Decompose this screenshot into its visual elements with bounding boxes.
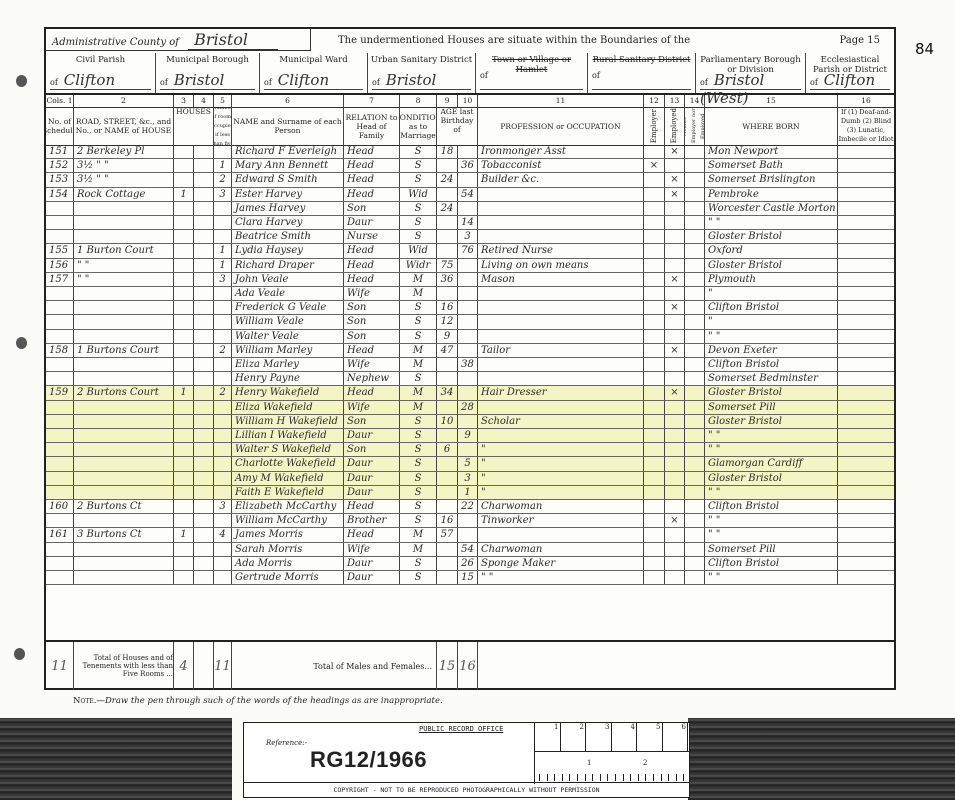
cell-neither xyxy=(685,386,705,399)
cell-occupation: Mason xyxy=(478,273,644,286)
cell-occupation: Hair Dresser xyxy=(478,386,644,399)
total-rooms-value: 11 xyxy=(214,659,231,674)
area-value-line: ofBristol xyxy=(372,71,471,90)
cell-employer xyxy=(644,202,665,215)
cell-employer xyxy=(644,386,665,399)
cell-employed xyxy=(665,244,685,257)
scale-tick: 2 xyxy=(561,723,587,751)
cell-inhabited xyxy=(174,457,194,470)
area-label: Urban Sanitary District xyxy=(368,53,475,65)
col-num: 2 xyxy=(74,95,174,107)
cell-employed xyxy=(665,259,685,272)
cell-schedule xyxy=(46,202,74,215)
scale-tick-mark xyxy=(569,774,570,781)
cell-employer xyxy=(644,315,665,328)
cell-neither xyxy=(685,429,705,442)
header-neither: Neither Employer nor Employed xyxy=(685,107,705,145)
cell-female-age: 22 xyxy=(458,500,478,513)
cell-female-age: 3 xyxy=(458,472,478,485)
cell-male-age xyxy=(437,287,458,300)
cell-name: Richard F Everleigh xyxy=(232,145,344,158)
cell-address: " " xyxy=(74,273,174,286)
scale-tick-mark xyxy=(585,774,586,781)
cell-employed: × xyxy=(665,386,685,399)
cell-female-age: 15 xyxy=(458,571,478,584)
cell-employer xyxy=(644,401,665,414)
cell-uninhabited xyxy=(194,514,214,527)
cell-employer xyxy=(644,415,665,428)
scale-tick-mark xyxy=(630,774,631,781)
cell-occupation: Tobacconist xyxy=(478,159,644,172)
cell-neither xyxy=(685,557,705,570)
cell-address xyxy=(74,330,174,343)
cell-relation: Daur xyxy=(344,472,400,485)
cell-infirmity xyxy=(838,173,894,186)
cell-uninhabited xyxy=(194,216,214,229)
cell-relation: Head xyxy=(344,188,400,201)
cell-name: Lillian I Wakefield xyxy=(232,429,344,442)
table-row: 1523½ " "1Mary Ann BennettHeadS36Tobacco… xyxy=(46,159,894,173)
area-prefix: of xyxy=(372,78,380,87)
cell-employer xyxy=(644,173,665,186)
cell-schedule: 153 xyxy=(46,173,74,186)
table-row: Clara HarveyDaurS14" " xyxy=(46,216,894,230)
cell-name: Eliza Marley xyxy=(232,358,344,371)
cell-schedule xyxy=(46,401,74,414)
cell-neither xyxy=(685,344,705,357)
col-num: 14 xyxy=(685,95,705,107)
table-row: 1512 Berkeley PlRichard F EverleighHeadS… xyxy=(46,145,894,159)
cell-female-age xyxy=(458,287,478,300)
cell-rooms: 1 xyxy=(214,159,232,172)
cell-schedule: 160 xyxy=(46,500,74,513)
cell-neither xyxy=(685,202,705,215)
cell-employer: × xyxy=(644,159,665,172)
cell-condition: S xyxy=(400,145,437,158)
col-num: 4 xyxy=(194,95,214,107)
area-value-line: ofClifton xyxy=(50,71,151,90)
cell-employed xyxy=(665,216,685,229)
cell-employer xyxy=(644,472,665,485)
cell-infirmity xyxy=(838,188,894,201)
scale-tick-mark xyxy=(554,774,555,781)
cell-male-age: 24 xyxy=(437,202,458,215)
cell-where-born: " " xyxy=(705,429,838,442)
cell-neither xyxy=(685,372,705,385)
total-males: 15 xyxy=(437,642,458,690)
cell-inhabited xyxy=(174,472,194,485)
header-relation: RELATION to Head of Family xyxy=(344,107,400,145)
area-value: Bristol xyxy=(386,71,437,89)
table-row: 157" "3John VealeHeadM36Mason×Plymouth xyxy=(46,273,894,287)
cell-employer xyxy=(644,514,665,527)
cell-address: 1 Burtons Court xyxy=(74,344,174,357)
cell-employer xyxy=(644,358,665,371)
cell-name: Lydia Haysey xyxy=(232,244,344,257)
cell-male-age: 34 xyxy=(437,386,458,399)
total-rooms: 11 xyxy=(214,642,232,690)
cell-uninhabited xyxy=(194,401,214,414)
cell-employer xyxy=(644,372,665,385)
table-row: Charlotte WakefieldDaurS5"Glamorgan Card… xyxy=(46,457,894,471)
cell-name: Henry Payne xyxy=(232,372,344,385)
cell-relation: Head xyxy=(344,173,400,186)
cell-neither xyxy=(685,543,705,556)
cell-relation: Head xyxy=(344,500,400,513)
cell-employed xyxy=(665,571,685,584)
scale-tick: 4 xyxy=(612,723,638,751)
cell-male-age: 24 xyxy=(437,173,458,186)
cell-where-born: Somerset Pill xyxy=(705,543,838,556)
cell-address xyxy=(74,415,174,428)
cell-infirmity xyxy=(838,244,894,257)
cell-male-age xyxy=(437,472,458,485)
cell-male-age xyxy=(437,358,458,371)
cell-employer xyxy=(644,216,665,229)
cell-infirmity xyxy=(838,259,894,272)
film-edge-right xyxy=(688,718,955,800)
cell-address xyxy=(74,401,174,414)
cell-employed xyxy=(665,443,685,456)
cell-infirmity xyxy=(838,330,894,343)
area-value-line: of xyxy=(592,71,691,90)
cell-where-born: Clifton Bristol xyxy=(705,358,838,371)
cell-neither xyxy=(685,514,705,527)
scale-tick-mark xyxy=(661,774,662,781)
cell-condition: M xyxy=(400,344,437,357)
cell-employed xyxy=(665,287,685,300)
cell-rooms xyxy=(214,287,232,300)
cell-female-age: 76 xyxy=(458,244,478,257)
cell-schedule xyxy=(46,472,74,485)
cell-rooms xyxy=(214,443,232,456)
cell-inhabited xyxy=(174,202,194,215)
cell-relation: Son xyxy=(344,415,400,428)
cell-relation: Brother xyxy=(344,514,400,527)
cell-name: Amy M Wakefield xyxy=(232,472,344,485)
cell-where-born: " " xyxy=(705,486,838,499)
cell-employed xyxy=(665,457,685,470)
stamp-copyright: COPYRIGHT - NOT TO BE REPRODUCED PHOTOGR… xyxy=(244,782,689,797)
film-edge-left xyxy=(0,718,232,800)
cell-occupation: " " xyxy=(478,571,644,584)
cell-name: Sarah Morris xyxy=(232,543,344,556)
census-sheet: Administrative County of Bristol The und… xyxy=(44,27,896,690)
cell-where-born: " " xyxy=(705,571,838,584)
area-rural-sanitary: Rural Sanitary District of xyxy=(588,53,696,93)
scale-tick-mark xyxy=(683,774,684,781)
cell-schedule xyxy=(46,372,74,385)
cell-rooms: 1 xyxy=(214,244,232,257)
cell-infirmity xyxy=(838,230,894,243)
cell-name: William McCarthy xyxy=(232,514,344,527)
cell-employer xyxy=(644,287,665,300)
total-inhabited: 4 xyxy=(174,642,194,690)
cell-occupation: " xyxy=(478,443,644,456)
cell-occupation xyxy=(478,216,644,229)
cell-schedule xyxy=(46,543,74,556)
cell-name: Henry Wakefield xyxy=(232,386,344,399)
cell-condition: S xyxy=(400,486,437,499)
cell-schedule xyxy=(46,415,74,428)
cell-schedule: 157 xyxy=(46,273,74,286)
total-persons-label: Total of Males and Females... xyxy=(232,642,437,690)
table-row: Beatrice SmithNurseS3Gloster Bristol xyxy=(46,230,894,244)
table-row: Amy M WakefieldDaurS3"Gloster Bristol xyxy=(46,472,894,486)
cell-name: James Harvey xyxy=(232,202,344,215)
cell-infirmity xyxy=(838,301,894,314)
cell-uninhabited xyxy=(194,415,214,428)
cell-female-age: 9 xyxy=(458,429,478,442)
cell-schedule xyxy=(46,230,74,243)
cell-uninhabited xyxy=(194,173,214,186)
cell-condition: S xyxy=(400,216,437,229)
area-value-line: ofClifton xyxy=(810,71,890,90)
cell-condition: Wid xyxy=(400,244,437,257)
header-age: AGE last Birthday of xyxy=(437,107,478,145)
scale-tick: 5 xyxy=(637,723,663,751)
cell-uninhabited xyxy=(194,259,214,272)
cell-employed xyxy=(665,557,685,570)
footnote-text: —Draw the pen through such of the words … xyxy=(96,696,442,706)
header-neither-text: Neither Employer nor Employed xyxy=(685,107,705,145)
area-municipal-ward: Municipal Ward ofClifton xyxy=(260,53,368,93)
cell-relation: Wife xyxy=(344,543,400,556)
cell-inhabited xyxy=(174,543,194,556)
cell-uninhabited xyxy=(194,230,214,243)
table-row: 156" "1Richard DraperHeadWidr75Living on… xyxy=(46,259,894,273)
cell-schedule: 154 xyxy=(46,188,74,201)
total-females-value: 16 xyxy=(459,659,476,674)
cell-condition: S xyxy=(400,202,437,215)
cell-rooms xyxy=(214,301,232,314)
cell-address: 3½ " " xyxy=(74,159,174,172)
cell-male-age xyxy=(437,230,458,243)
boundaries-text: The undermentioned Houses are situate wi… xyxy=(338,35,690,46)
cell-relation: Daur xyxy=(344,557,400,570)
cell-condition: S xyxy=(400,173,437,186)
cell-schedule: 152 xyxy=(46,159,74,172)
cell-male-age xyxy=(437,486,458,499)
cell-neither xyxy=(685,443,705,456)
cell-name: Walter Veale xyxy=(232,330,344,343)
cell-occupation: " xyxy=(478,486,644,499)
scale-tick-mark xyxy=(577,774,578,781)
cell-address: 2 Berkeley Pl xyxy=(74,145,174,158)
cell-infirmity xyxy=(838,273,894,286)
cell-schedule xyxy=(46,315,74,328)
cell-employed xyxy=(665,401,685,414)
area-prefix: of xyxy=(810,78,818,87)
cell-rooms xyxy=(214,429,232,442)
cell-male-age: 6 xyxy=(437,443,458,456)
cell-female-age: 3 xyxy=(458,230,478,243)
cell-employed: × xyxy=(665,273,685,286)
cell-schedule: 159 xyxy=(46,386,74,399)
cell-address xyxy=(74,457,174,470)
cell-schedule: 155 xyxy=(46,244,74,257)
column-headers: No. of Schedule ROAD, STREET, &c., and N… xyxy=(46,107,894,146)
cell-uninhabited xyxy=(194,500,214,513)
area-value-line: of xyxy=(480,71,583,90)
cell-address: 3 Burtons Ct xyxy=(74,528,174,541)
cell-inhabited xyxy=(174,330,194,343)
page-label: Page 15 xyxy=(840,35,880,46)
cell-condition: M xyxy=(400,401,437,414)
header-houses: HOUSES xyxy=(174,107,214,145)
cell-uninhabited xyxy=(194,202,214,215)
cell-name: Charlotte Wakefield xyxy=(232,457,344,470)
area-label: Civil Parish xyxy=(46,53,155,65)
cell-name: Clara Harvey xyxy=(232,216,344,229)
cell-infirmity xyxy=(838,202,894,215)
cell-where-born: Somerset Pill xyxy=(705,401,838,414)
cell-employer xyxy=(644,244,665,257)
cell-infirmity xyxy=(838,571,894,584)
cell-address xyxy=(74,287,174,300)
cell-uninhabited xyxy=(194,372,214,385)
cell-employed xyxy=(665,330,685,343)
cell-name: William H Wakefield xyxy=(232,415,344,428)
cell-employed xyxy=(665,528,685,541)
cell-rooms: 3 xyxy=(214,500,232,513)
cell-inhabited xyxy=(174,571,194,584)
cell-uninhabited xyxy=(194,472,214,485)
cell-schedule xyxy=(46,216,74,229)
cell-occupation xyxy=(478,287,644,300)
cell-occupation: Builder &c. xyxy=(478,173,644,186)
cell-neither xyxy=(685,259,705,272)
cell-neither xyxy=(685,173,705,186)
area-ecclesiastical: Ecclesiastical Parish or District ofClif… xyxy=(806,53,894,93)
cell-schedule xyxy=(46,358,74,371)
area-prefix: of xyxy=(160,78,168,87)
cell-condition: S xyxy=(400,514,437,527)
cell-rooms xyxy=(214,457,232,470)
cell-female-age xyxy=(458,344,478,357)
cell-uninhabited xyxy=(194,344,214,357)
cell-name: Elizabeth McCarthy xyxy=(232,500,344,513)
cell-where-born: " " xyxy=(705,443,838,456)
cell-rooms xyxy=(214,372,232,385)
binder-hole xyxy=(16,75,27,87)
cell-employed xyxy=(665,415,685,428)
cell-condition: Widr xyxy=(400,259,437,272)
cell-condition: Wid xyxy=(400,188,437,201)
cell-neither xyxy=(685,287,705,300)
cell-infirmity xyxy=(838,287,894,300)
area-label: Municipal Ward xyxy=(260,53,367,65)
cell-name: Edward S Smith xyxy=(232,173,344,186)
area-civil-parish: Civil Parish ofClifton xyxy=(46,53,156,93)
record-office-stamp: PUBLIC RECORD OFFICE Reference:- RG12/19… xyxy=(243,722,690,798)
table-row: Ada MorrisDaurS26Sponge MakerClifton Bri… xyxy=(46,557,894,571)
cell-name: Frederick G Veale xyxy=(232,301,344,314)
cell-male-age xyxy=(437,188,458,201)
cell-employer xyxy=(644,486,665,499)
table-row: Sarah MorrisWifeM54CharwomanSomerset Pil… xyxy=(46,543,894,557)
table-row: 154Rock Cottage13Ester HarveyHeadWid54×P… xyxy=(46,188,894,202)
cell-address xyxy=(74,301,174,314)
header-employed-text: Employed xyxy=(670,108,679,143)
cell-relation: Head xyxy=(344,259,400,272)
cell-uninhabited xyxy=(194,244,214,257)
cell-occupation: Charwoman xyxy=(478,543,644,556)
cell-schedule: 151 xyxy=(46,145,74,158)
cell-employed: × xyxy=(665,188,685,201)
cell-employer xyxy=(644,571,665,584)
cell-address: " " xyxy=(74,259,174,272)
cell-neither xyxy=(685,571,705,584)
cell-occupation xyxy=(478,358,644,371)
cell-inhabited xyxy=(174,145,194,158)
cell-employer xyxy=(644,443,665,456)
cell-inhabited xyxy=(174,273,194,286)
cell-condition: S xyxy=(400,571,437,584)
cell-occupation xyxy=(478,401,644,414)
cell-employed xyxy=(665,372,685,385)
cell-employed xyxy=(665,315,685,328)
cell-inhabited: 1 xyxy=(174,386,194,399)
cell-where-born: Gloster Bristol xyxy=(705,230,838,243)
cell-condition: S xyxy=(400,500,437,513)
header-where-born: WHERE BORN xyxy=(705,107,838,145)
cell-female-age xyxy=(458,301,478,314)
cell-schedule: 158 xyxy=(46,344,74,357)
cell-female-age xyxy=(458,202,478,215)
cell-rooms xyxy=(214,145,232,158)
cell-uninhabited xyxy=(194,358,214,371)
cell-inhabited: 1 xyxy=(174,528,194,541)
cell-condition: M xyxy=(400,358,437,371)
cell-address xyxy=(74,429,174,442)
cell-uninhabited xyxy=(194,145,214,158)
cell-condition: S xyxy=(400,457,437,470)
cell-employed xyxy=(665,486,685,499)
cell-neither xyxy=(685,315,705,328)
table-row: 1592 Burtons Court12Henry WakefieldHeadM… xyxy=(46,386,894,400)
cell-neither xyxy=(685,415,705,428)
scale-label: 1 xyxy=(587,759,591,767)
cell-relation: Daur xyxy=(344,486,400,499)
cell-rooms: 1 xyxy=(214,259,232,272)
header-address: ROAD, STREET, &c., and No., or NAME of H… xyxy=(74,107,174,145)
cell-occupation xyxy=(478,188,644,201)
cell-condition: S xyxy=(400,472,437,485)
cell-neither xyxy=(685,244,705,257)
cell-name: Ada Veale xyxy=(232,287,344,300)
cell-occupation: " xyxy=(478,457,644,470)
cell-where-born: " xyxy=(705,315,838,328)
cell-employer xyxy=(644,230,665,243)
cell-address: 2 Burtons Ct xyxy=(74,500,174,513)
cell-name: Gertrude Morris xyxy=(232,571,344,584)
cell-employed xyxy=(665,429,685,442)
cell-neither xyxy=(685,500,705,513)
cell-address xyxy=(74,202,174,215)
cell-relation: Head xyxy=(344,145,400,158)
col-num: 8 xyxy=(400,95,437,107)
scale-tick-mark xyxy=(668,774,669,781)
cell-where-born: " " xyxy=(705,216,838,229)
area-prefix: of xyxy=(480,71,488,80)
scale-tick-mark xyxy=(645,774,646,781)
scale-tick-mark xyxy=(676,774,677,781)
cell-rooms xyxy=(214,514,232,527)
cell-inhabited xyxy=(174,557,194,570)
cell-neither xyxy=(685,273,705,286)
cell-infirmity xyxy=(838,472,894,485)
